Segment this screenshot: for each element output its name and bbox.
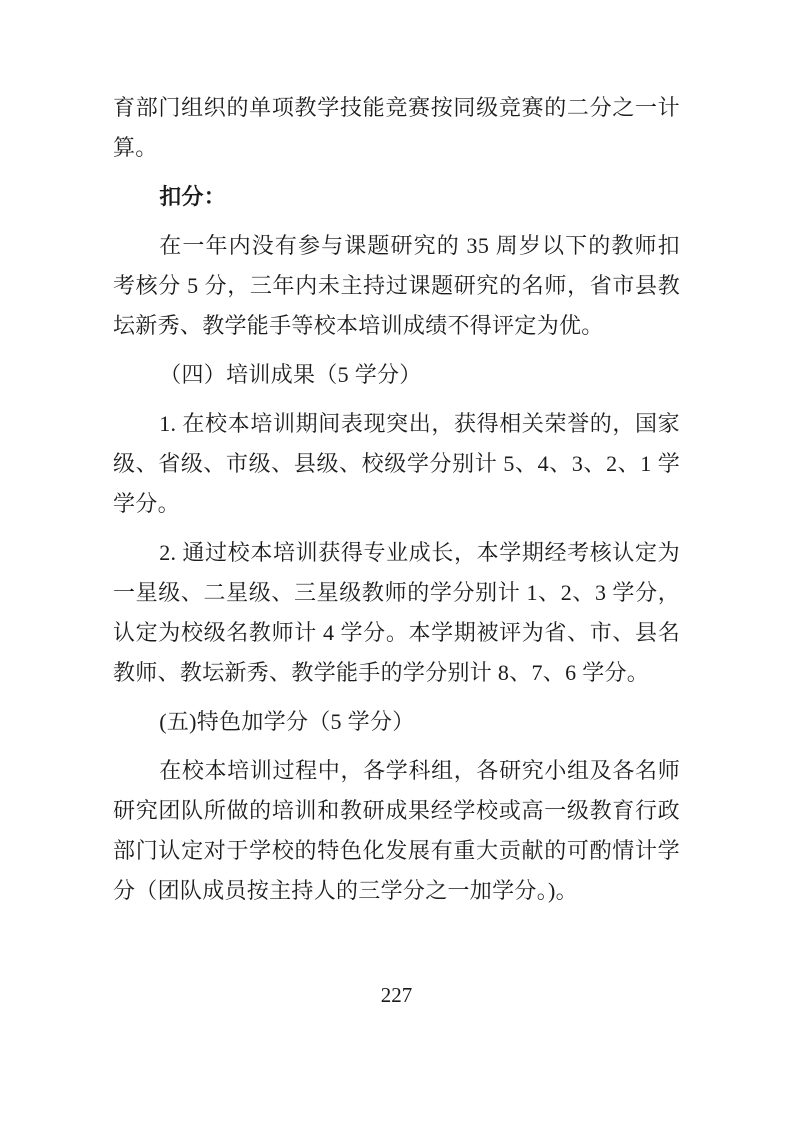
list-item-2: 2. 通过校本培训获得专业成长，本学期经考核认定为一星级、二星级、三星级教师的学… [113,533,680,693]
section-heading-five: (五)特色加学分（5 学分） [113,702,680,742]
paragraph-continuation: 育部门组织的单项教学技能竞赛按同级竞赛的二分之一计算。 [113,88,680,168]
deduction-heading: 扣分： [113,177,680,217]
document-body: 育部门组织的单项教学技能竞赛按同级竞赛的二分之一计算。 扣分： 在一年内没有参与… [113,88,680,911]
list-item-1: 1. 在校本培训期间表现突出，获得相关荣誉的，国家级、省级、市级、县级、校级学分… [113,404,680,524]
document-page: 育部门组织的单项教学技能竞赛按同级竞赛的二分之一计算。 扣分： 在一年内没有参与… [0,0,793,1122]
paragraph-special-credits: 在校本培训过程中，各学科组，各研究小组及各名师研究团队所做的培训和教研成果经学校… [113,751,680,911]
page-number: 227 [0,982,793,1008]
section-heading-four: （四）培训成果（5 学分） [113,355,680,395]
paragraph-deduction-rule: 在一年内没有参与课题研究的 35 周岁以下的教师扣考核分 5 分，三年内未主持过… [113,226,680,346]
